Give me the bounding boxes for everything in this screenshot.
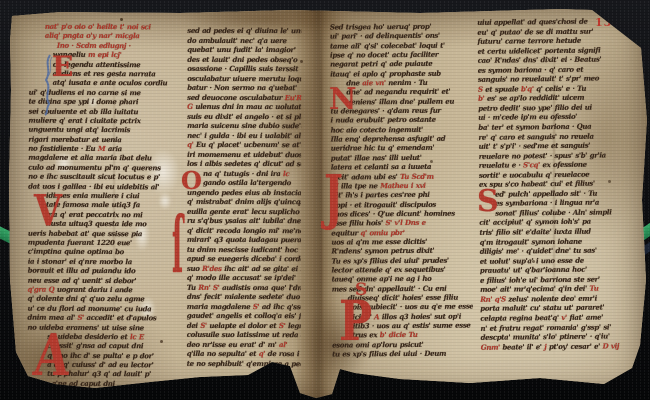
text-line: sed ad pedes ei q' diuina le' unu xyxy=(187,26,301,36)
text-line: q' dicit' recoda longio mi' me'noli xyxy=(187,225,301,235)
text-line: suo R'des ihc ait' ad se gita' ei m' xyxy=(187,263,301,273)
text-line: te no sephibuit' q'emnisse a pec xyxy=(187,358,301,368)
text-line: nec' i gulda · ibi eu i ualabit' al' al' xyxy=(187,130,301,140)
center-fold-crease xyxy=(320,0,322,400)
text-line: des et lauit' dni pedes obseq'o xyxy=(187,54,301,64)
text-line: dns' fecit' mialente sedete' duo hoi xyxy=(187,292,301,302)
text-line: G ulenus dni in mau ac uolutate p' xyxy=(187,102,301,112)
text-line: quebat' unu fudit' la' imagior' xyxy=(187,45,301,55)
text-line: q' modo ille accusat' se ip'dei' xyxy=(187,273,301,283)
red-flourish-initial-col3-j: J xyxy=(324,162,343,233)
text-line: aliq' pngta o'y nar' micgla xyxy=(29,31,179,41)
red-initial-col1-mid: V xyxy=(34,186,62,236)
decorated-initial-col1-top: E xyxy=(52,50,73,83)
text-line: dei S' uelapte ei dolor et S' legre ea i xyxy=(187,320,301,330)
text-line: q' Eu q' placet' ucbenum' se at'q'pe xyxy=(187,140,301,150)
text-line: do ambulauit' nec' q'a uere xyxy=(187,35,301,45)
text-line: ru s'q'bus ysaias ait' iubila' dne' xyxy=(187,216,301,226)
text-line: los i albis sedetes q' dicut' ad se q' xyxy=(187,159,301,169)
text-line: tu dnim nescisse iudicant' hoc xyxy=(187,244,301,254)
red-initial-col3-n: N xyxy=(329,82,356,117)
text-line: maria suicenu sine dubio sude'ne xyxy=(187,121,301,131)
ink-specks xyxy=(120,18,123,21)
text-line: suis eu dixit' ei angelo · et si plare xyxy=(187,111,301,121)
text-line: euilla gente erat' lecu suplicho xyxy=(187,206,301,216)
text-line: suos dices' · Q'ue dicunt' homines xyxy=(331,208,472,218)
text-line: Tu Rn' S' audistis oma que' l'dna xyxy=(187,282,301,292)
text-column-2: sed ad pedes ei q' diuina le' unudo ambu… xyxy=(187,26,302,370)
text-line: q' mistrabat' dnim alijs q'uincq3 xyxy=(187,197,301,207)
text-line: ungendo pedes eius ab instacia xyxy=(187,187,301,197)
parchment-bifolium: nat' p'o oio o' heilte t' noi scialiq' p… xyxy=(0,0,650,400)
text-line: colusuile suo latissime ut reda do xyxy=(187,330,301,340)
text-column-4: uiui appellat' ad ques'chosi deeu' q' pu… xyxy=(477,16,630,358)
text-line: maria magdalene S' ad ihc q'ssone xyxy=(187,301,301,311)
red-initial-col3-p: P xyxy=(339,290,372,354)
text-line: Gnm' beate' il' e' j pt'oy' cesar' e' D … xyxy=(481,341,630,352)
text-line: deo nr'isse eu erat' d' m' al' xyxy=(187,339,301,349)
text-line: mirari' q3 quota iudagau puera xyxy=(187,235,301,245)
folio-number: 132 xyxy=(595,16,621,29)
red-initial-col2-o: O xyxy=(181,166,202,195)
red-initial-col4-s: S xyxy=(477,184,499,219)
text-line: gando ostila la'tergendo xyxy=(187,178,301,188)
text-line: osculabatur uiuere merutu loque xyxy=(187,73,301,83)
text-line: apud se euegeris diceba' i corde xyxy=(187,254,301,264)
text-line: gaudet' angelis et colloq'a eis' filiu xyxy=(187,311,301,321)
red-flourish-initial-col2: ſ xyxy=(172,200,183,292)
text-line: osassione · Capillis suis terssit xyxy=(187,64,301,74)
text-line: na q' tutugis · dni ira lc xyxy=(187,168,301,178)
text-line: iri momemenu et uidebut' duos ag' xyxy=(187,149,301,159)
text-line: batur · Non sermo na q'uebat' xyxy=(187,83,301,93)
red-initial-col1-bottom: A xyxy=(31,321,72,389)
manuscript-photo: nat' p'o oio o' heilte t' noi scialiq' p… xyxy=(0,0,650,400)
text-line: q'illa no sepulta' et q' de rosa i xyxy=(187,349,301,359)
text-line: sed deuocone osculabatur Eu'R xyxy=(187,92,301,102)
